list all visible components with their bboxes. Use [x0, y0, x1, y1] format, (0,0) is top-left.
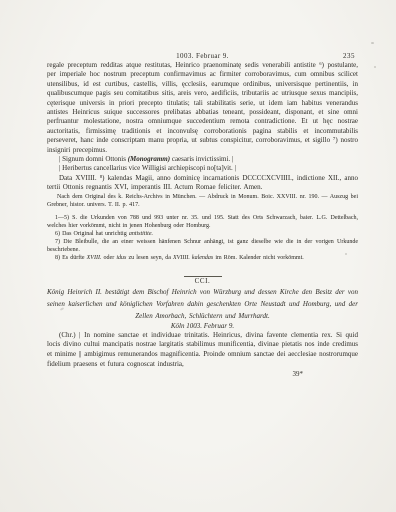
footnote-8: 8) Es dürfte XVIII. oder idus zu lesen s… [47, 254, 358, 262]
footnote-8-cited: XVIII. [87, 255, 102, 261]
charter-regest: König Heinrich II. bestätigt dem Bischof… [47, 286, 358, 322]
scan-speck [371, 42, 374, 44]
running-header: 1003. Februar 9. 235 [47, 52, 358, 61]
footnote-8-text: zu lesen seyn, da [126, 255, 173, 261]
page-number: 235 [343, 52, 355, 61]
footnote-6-text: 6) Das Original hat unrichtig [55, 231, 129, 237]
footnote-6: 6) Das Original hat unrichtig antistitit… [47, 230, 358, 238]
gathering-signature-mark: 39* [47, 370, 358, 379]
footnote-8-text: 8) Es dürfte [55, 255, 87, 261]
running-header-date: 1003. Februar 9. [47, 52, 358, 61]
signum-line-post: caesaris invictissimi. | [170, 155, 233, 163]
book-page: 1003. Februar 9. 235 regale preceptum re… [0, 0, 396, 512]
footnote-1-5: 1—5) S. die Urkunden von 788 und 993 unt… [47, 214, 358, 230]
footnote-6-cited-word: antistitite. [129, 231, 153, 237]
place-date-line: Köln 1003. Februar 9. [47, 322, 358, 331]
charter-cci-text: (Chr.) | In nomine sanctae et individuae… [47, 331, 358, 370]
scan-speck [374, 66, 376, 68]
footnotes: 1—5) S. die Urkunden von 788 und 993 unt… [47, 214, 358, 262]
footnote-7: 7) Die Bleibulle, die an einer weissen h… [47, 238, 358, 254]
charter-number-heading: CCI. [47, 277, 358, 286]
footnote-8-cited: idus [116, 255, 126, 261]
signum-line-pre: | Signum domni Ottonis [59, 155, 128, 163]
footnote-8-text: im Röm. Kalender nicht vorkömmt. [213, 255, 304, 261]
monogram-note: (Monogramm) [128, 155, 170, 163]
datum-line: Data XVIIII. ⁸) kalendas Magii, anno dom… [47, 174, 358, 193]
footnote-8-cited: XVIIII. kalendas [173, 255, 213, 261]
source-note: Nach dem Original des k. Reichs-Archivs … [47, 193, 358, 210]
page-content: 1003. Februar 9. 235 regale preceptum re… [47, 52, 358, 379]
charter-continuation-text: regale preceptum redditas atque restitut… [47, 61, 358, 155]
chancellor-line: | Heribertus cancellarius vice Willigisi… [47, 164, 358, 173]
footnote-8-text: oder [101, 255, 116, 261]
signum-line: | Signum domni Ottonis (Monogramm) caesa… [47, 155, 358, 164]
